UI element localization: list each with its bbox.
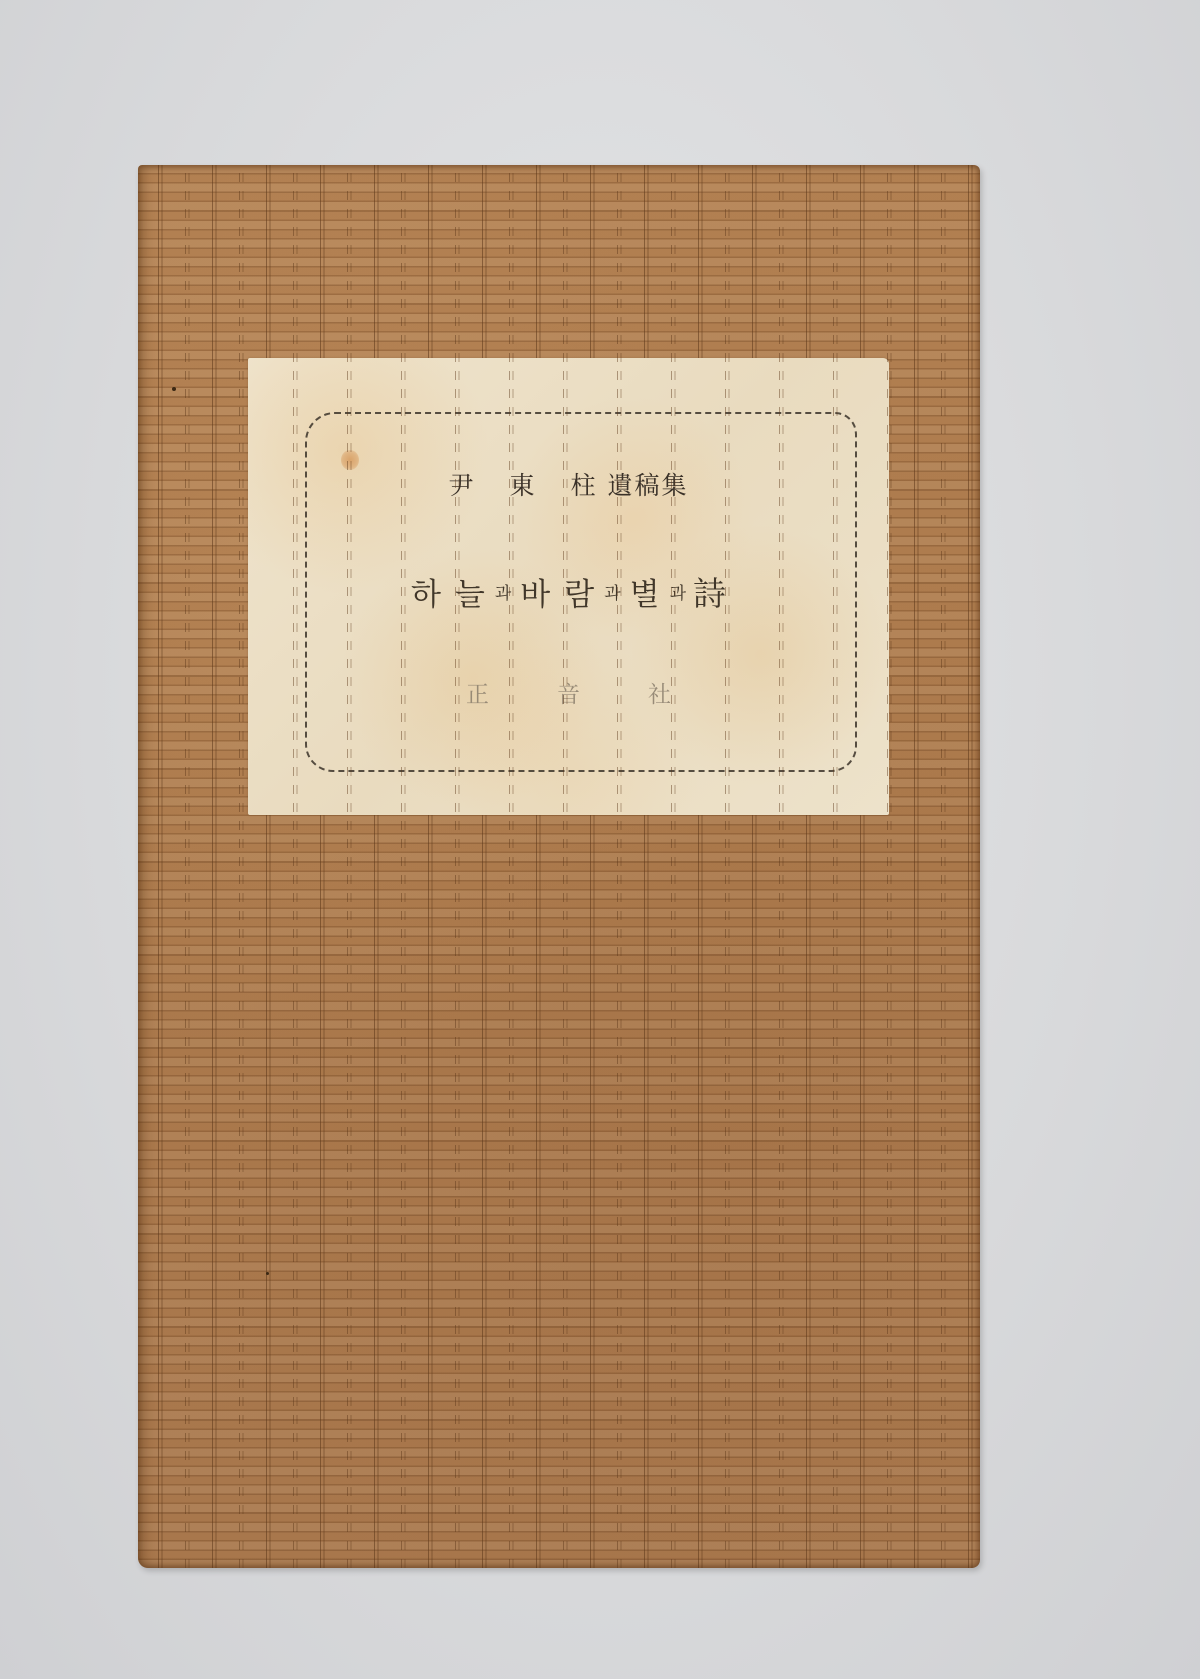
collection-suffix: 遺稿集 [607, 471, 688, 500]
cover-speck [172, 387, 176, 391]
title-particle: 과 [495, 584, 512, 604]
book-cover: 尹東柱 遺稿集 하늘과바람과별과詩 正音社 [138, 165, 980, 1568]
author-line: 尹東柱 遺稿集 [248, 466, 889, 502]
title-particle: 과 [670, 584, 687, 604]
publisher-char: 正 [466, 682, 489, 708]
title-label: 尹東柱 遺稿集 하늘과바람과별과詩 正音社 [248, 358, 889, 815]
author-char: 柱 [571, 471, 598, 500]
title-segment: 하늘 [411, 577, 499, 613]
title-segment: 바람 [520, 577, 608, 613]
book-title: 하늘과바람과별과詩 [248, 568, 889, 615]
title-hanja: 詩 [693, 574, 726, 613]
publisher-char: 音 [557, 682, 580, 708]
title-segment: 별 [630, 577, 674, 613]
author-char: 尹 [448, 471, 475, 500]
cover-speck [266, 1272, 269, 1275]
author-char: 東 [510, 471, 537, 500]
title-particle: 과 [604, 584, 621, 604]
publisher-line: 正音社 [248, 676, 889, 709]
publisher-char: 社 [648, 682, 671, 708]
